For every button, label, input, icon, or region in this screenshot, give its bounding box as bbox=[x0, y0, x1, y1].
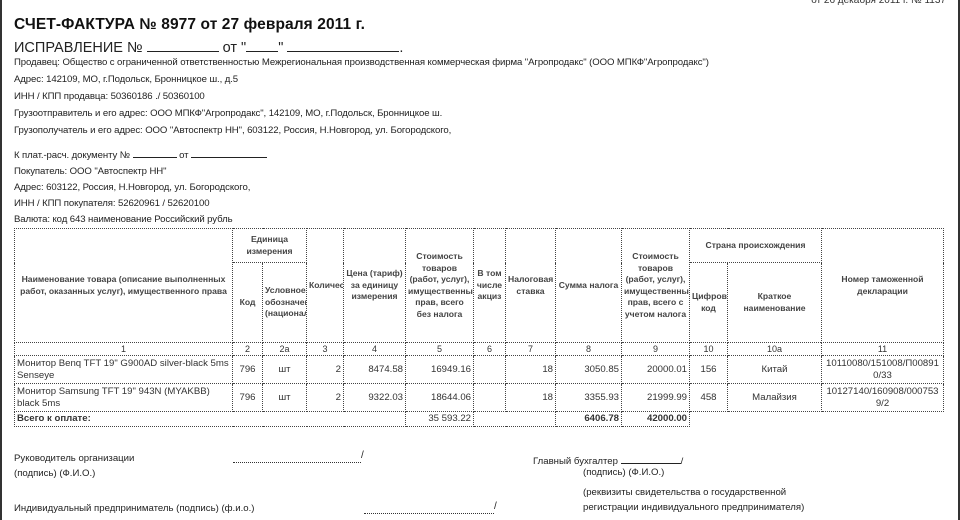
seller-inn-line: ИНН / КПП продавца: 50360186 ./ 50360100 bbox=[14, 91, 205, 102]
correction-day-field bbox=[246, 38, 278, 52]
correction-from-label: от bbox=[223, 40, 237, 56]
header-country-name: Краткое наименование bbox=[728, 263, 822, 343]
total-row: Всего к оплате: 35 593.22 6406.78 42000.… bbox=[15, 412, 944, 427]
director-sub: (подпись) (Ф.И.О.) bbox=[14, 468, 95, 479]
header-unit-code: Код bbox=[233, 263, 263, 343]
header-cost-with-tax: Стоимость товаров (работ, услуг), имущес… bbox=[622, 229, 690, 343]
correction-label: ИСПРАВЛЕНИЕ № bbox=[14, 40, 143, 56]
accountant-signature-line bbox=[621, 453, 681, 464]
currency-line: Валюта: код 643 наименование Российский … bbox=[14, 214, 232, 225]
registration-note-1: (реквизиты свидетельства о государственн… bbox=[583, 487, 786, 498]
registration-note-2: регистрации индивидуального предпринимат… bbox=[583, 502, 804, 513]
buyer-address-line: Адрес: 603122, Россия, Н.Новгород, ул. Б… bbox=[14, 182, 250, 193]
header-country: Страна происхождения bbox=[690, 229, 822, 263]
entrepreneur-signature-line bbox=[364, 513, 494, 514]
payment-doc-number-field bbox=[133, 148, 177, 158]
header-tax-rate: Налоговая ставка bbox=[506, 229, 556, 343]
consignee-line: Грузополучатель и его адрес: ООО "Автосп… bbox=[14, 125, 451, 136]
invoice-title: СЧЕТ-ФАКТУРА № 8977 от 27 февраля 2011 г… bbox=[14, 16, 365, 34]
buyer-line: Покупатель: ООО "Автоспектр НН" bbox=[14, 166, 166, 177]
accountant-line: Главный бухгалтер / bbox=[533, 453, 683, 467]
header-tax-sum: Сумма налога bbox=[556, 229, 622, 343]
correction-number-field bbox=[147, 38, 219, 52]
header-cost-no-tax: Стоимость товаров (работ, услуг), имущес… bbox=[406, 229, 474, 343]
correction-line: ИСПРАВЛЕНИЕ № от "" . bbox=[14, 38, 403, 56]
header-price: Цена (тариф) за единицу измерения bbox=[344, 229, 406, 343]
buyer-inn-line: ИНН / КПП покупателя: 52620961 / 5262010… bbox=[14, 198, 209, 209]
accountant-sub: (подпись) (Ф.И.О.) bbox=[583, 467, 664, 478]
header-unit-symbol: Условное обозначение (национальное) bbox=[263, 263, 307, 343]
header-qty: Количество bbox=[307, 229, 344, 343]
director-signature-line bbox=[233, 462, 361, 463]
header-country-code: Цифровой код bbox=[690, 263, 728, 343]
table-row: Монитор Benq TFT 19" G900AD silver-black… bbox=[15, 356, 944, 384]
total-cost: 35 593.22 bbox=[406, 412, 474, 427]
total-tax: 6406.78 bbox=[556, 412, 622, 427]
correction-date-field bbox=[287, 38, 399, 52]
payment-doc-line: К плат.-расч. документу № от bbox=[14, 148, 267, 161]
header-customs: Номер таможенной декларации bbox=[822, 229, 944, 343]
payment-doc-date-field bbox=[191, 148, 267, 158]
accountant-label: Главный бухгалтер bbox=[533, 456, 618, 467]
seller-line: Продавец: Общество с ограниченной ответс… bbox=[14, 57, 709, 68]
shipper-line: Грузоотправитель и его адрес: ООО МПКФ"А… bbox=[14, 108, 442, 119]
table-row: Монитор Samsung TFT 19" 943N (MYAKBB) bl… bbox=[15, 384, 944, 412]
page-left-border bbox=[0, 0, 2, 520]
entrepreneur-label: Индивидуальный предприниматель (подпись)… bbox=[14, 503, 254, 514]
header-excise: В том числе акциз bbox=[474, 229, 506, 343]
total-label: Всего к оплате: bbox=[15, 412, 406, 427]
total-sum: 42000.00 bbox=[622, 412, 690, 427]
seller-address-line: Адрес: 142109, МО, г.Подольск, Бронницко… bbox=[14, 74, 238, 85]
column-number-row: 1 2 2а 3 4 5 6 7 8 9 10 10а 11 bbox=[15, 343, 944, 356]
invoice-table: Наименование товара (описание выполненны… bbox=[14, 228, 944, 427]
director-label: Руководитель организации bbox=[14, 453, 134, 464]
header-unit: Единица измерения bbox=[233, 229, 307, 263]
header-name: Наименование товара (описание выполненны… bbox=[15, 229, 233, 343]
regulation-note: от 26 декабря 2011 г. № 1137 bbox=[811, 0, 946, 6]
